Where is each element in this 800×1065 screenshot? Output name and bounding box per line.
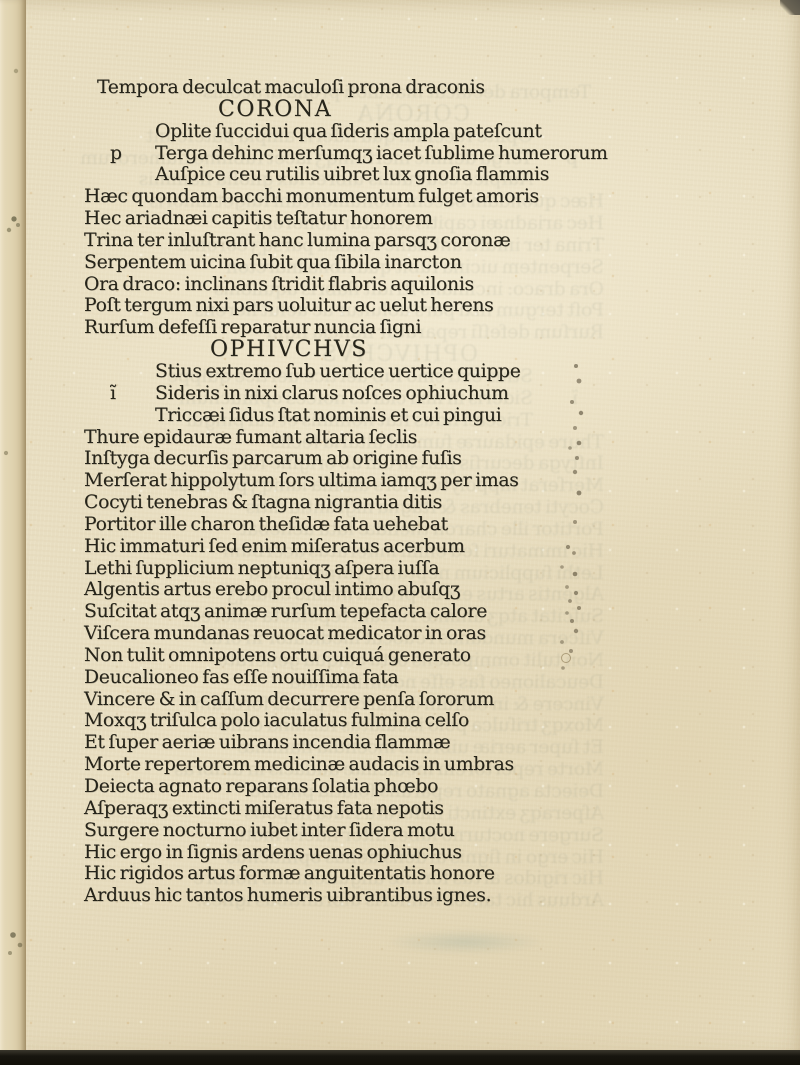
verse-line: Aſperaqʒ extincti miſeratus fata nepotis xyxy=(84,798,604,820)
verse-line: Lethi ſupplicium neptuniqʒ aſpera iuſſa xyxy=(84,558,604,580)
verse-line: Poſt tergum nixi pars uoluitur ac uelut … xyxy=(84,295,604,317)
guide-letter-p: p xyxy=(110,143,122,165)
verse-line: ĩ Sideris in nixi clarus noſces ophiuchu… xyxy=(84,383,604,405)
verse-line: Arduus hic tantos humeris uibrantibus ig… xyxy=(84,885,604,907)
verse-line: Portitor ille charon theſidæ fata ueheba… xyxy=(84,514,604,536)
verse-line: p Terga dehinc merſumqʒ iacet ſublime hu… xyxy=(84,143,604,165)
section-heading-ophiuchus: OPHIVCHVS xyxy=(84,339,604,361)
verse-line: Trina ter inluſtrant hanc lumina parsqʒ … xyxy=(84,230,604,252)
verse-line: Surgere nocturno iubet inter ſidera motu xyxy=(84,820,604,842)
page-corner-shadow xyxy=(780,0,800,15)
verse-line: Non tulit omnipotens ortu cuiquá generat… xyxy=(84,645,604,667)
verse-line: Hic immaturi ſed enim miſeratus acerbum xyxy=(84,536,604,558)
section-heading-corona: CORONA xyxy=(84,99,604,121)
verse-line: Serpentem uicina ſubit qua ſibila inarct… xyxy=(84,252,604,274)
guide-letter-i: ĩ xyxy=(110,383,116,405)
binding-edge xyxy=(0,0,26,1065)
verse-line: Inſtyga decurſis parcarum ab origine fuſ… xyxy=(84,448,604,470)
verse-line: Thure epidauræ fumant altaria ſeclis xyxy=(84,427,604,449)
verse-text: Sideris in nixi clarus noſces ophiuchum xyxy=(155,383,509,404)
verse-line: Suſcitat atqʒ animæ rurſum tepefacta cal… xyxy=(84,601,604,623)
verse-line: Hec ariadnæi capitis teſtatur honorem xyxy=(84,208,604,230)
verse-line: Tempora deculcat maculoſi prona draconis xyxy=(84,77,604,99)
verse-text: Terga dehinc merſumqʒ iacet ſublime hume… xyxy=(155,143,608,164)
verse-line: Oplite ſuccidui qua ſideris ampla pateſc… xyxy=(84,121,604,143)
page-text: Tempora deculcat maculoſi prona draconis… xyxy=(84,77,604,907)
verse-line: Auſpice ceu rutilis uibret lux gnoſia fl… xyxy=(84,164,604,186)
scanner-bed-strip xyxy=(0,1050,800,1065)
verse-line: Merſerat hippolytum ſors ultima iamqʒ pe… xyxy=(84,470,604,492)
verse-line: Hic rigidos artus formæ anguitentatis ho… xyxy=(84,863,604,885)
verse-line: Hæc quondam bacchi monumentum fulget amo… xyxy=(84,186,604,208)
verse-line: Ora draco: inclinans ſtridit flabris aqu… xyxy=(84,274,604,296)
scanned-page: Tempora deculcat maculoſi prona draconis… xyxy=(0,0,800,1065)
paper-smudge xyxy=(385,930,545,954)
verse-line: Stius extremo ſub uertice uertice quippe xyxy=(84,361,604,383)
verse-line: Triccæi ſidus ſtat nominis et cui pingui xyxy=(84,405,604,427)
verse-line: Algentis artus erebo procul intimo abuſq… xyxy=(84,579,604,601)
verse-line: Hic ergo in ſignis ardens uenas ophiuchu… xyxy=(84,842,604,864)
verse-line: Deucalioneo fas eſſe nouiſſima fata xyxy=(84,667,604,689)
verse-line: Rurſum defeſſi reparatur nuncia ſigni xyxy=(84,317,604,339)
verse-line: Vincere & in caſſum decurrere penſa ſoro… xyxy=(84,689,604,711)
verse-line: Moxqʒ triſulca polo iaculatus fulmina ce… xyxy=(84,710,604,732)
verse-line: Deiecta agnato reparans ſolatia phœbo xyxy=(84,776,604,798)
verse-line: Viſcera mundanas reuocat medicator in or… xyxy=(84,623,604,645)
verse-line: Et ſuper aeriæ uibrans incendia flammæ xyxy=(84,732,604,754)
verse-line: Cocyti tenebras & ſtagna nigrantia ditis xyxy=(84,492,604,514)
verse-line: Morte repertorem medicinæ audacis in umb… xyxy=(84,754,604,776)
